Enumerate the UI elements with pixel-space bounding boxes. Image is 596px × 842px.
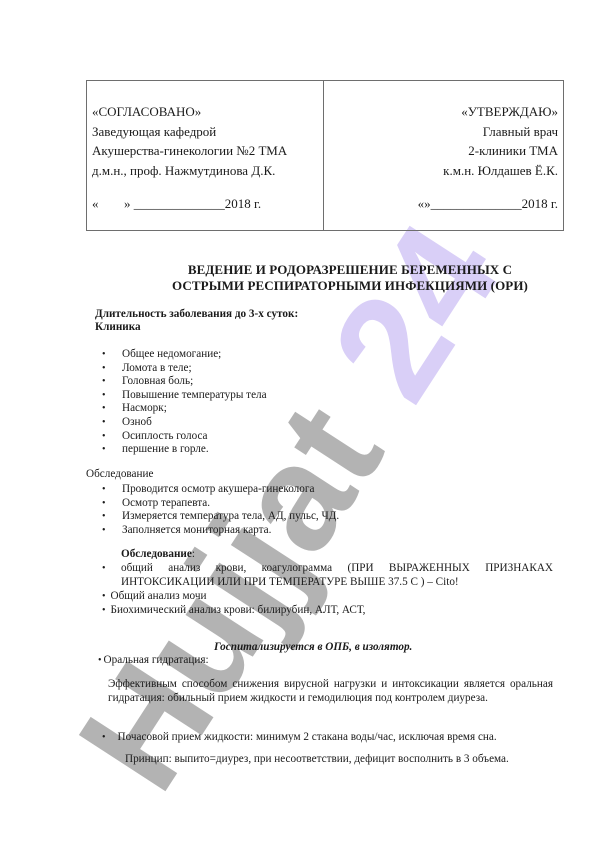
bullet-icon: • <box>102 416 106 430</box>
bullet-icon: • <box>102 430 106 444</box>
examination-list: •Проводится осмотр акушера-гинеколога•Ос… <box>102 483 339 537</box>
bullet-icon: • <box>102 389 106 403</box>
tests-heading: Обследование: <box>121 548 195 562</box>
approved-heading: «УТВЕРЖДАЮ» <box>324 102 558 122</box>
bullet-icon: • <box>102 591 106 602</box>
list-item: •Осмотр терапевта. <box>102 497 339 511</box>
list-item: •Измеряется температура тела, АД, пульс,… <box>102 510 339 524</box>
bullet-icon: • <box>102 348 106 362</box>
bullet-icon: • <box>102 524 106 538</box>
list-item: •Заполняется мониторная карта. <box>102 524 339 538</box>
list-item: •Насморк; <box>102 402 267 416</box>
oral-hydration-paragraph: Эффективным способом снижения вирусной н… <box>108 678 553 705</box>
list-item: •Головная боль; <box>102 375 267 389</box>
approval-table: «СОГЛАСОВАНО» Заведующая кафедрой Акушер… <box>86 80 564 231</box>
document-page: Hujjat 24 «СОГЛАСОВАНО» Заведующая кафед… <box>0 0 596 842</box>
approved-signatory: к.м.н. Юлдашев Ё.К. <box>324 161 558 181</box>
approved-cell: «УТВЕРЖДАЮ» Главный врач 2-клиники ТМА к… <box>324 81 563 230</box>
agreed-signatory: д.м.н., проф. Нажмутдинова Д.К. <box>92 161 323 181</box>
duration-heading: Длительность заболевания до 3-х суток: <box>95 308 298 322</box>
bullet-icon: • <box>102 375 106 389</box>
list-item: •Озноб <box>102 416 267 430</box>
approved-date-line: «»______________2018 г. <box>324 194 558 214</box>
hourly-intake-item: •Почасовой прием жидкости: минимум 2 ста… <box>102 731 497 745</box>
principle-note: Принцип: выпито=диурез, при несоответств… <box>125 753 509 767</box>
list-item: •першение в горле. <box>102 443 267 457</box>
approved-clinic: 2-клиники ТМА <box>324 141 558 161</box>
bullet-icon: • <box>102 483 106 497</box>
list-item: •Осиплость голоса <box>102 430 267 444</box>
bullet-icon: • <box>102 510 106 524</box>
approved-position: Главный врач <box>324 122 558 142</box>
bullet-icon: • <box>102 443 106 457</box>
agreed-heading: «СОГЛАСОВАНО» <box>92 102 323 122</box>
hospitalization-note: Госпитализируется в ОПБ, в изолятор. <box>214 641 412 655</box>
agreed-department: Акушерства-гинекологии №2 ТМА <box>92 141 323 161</box>
tests-item-biochem: •Биохимический анализ крови: билирубин, … <box>102 604 365 618</box>
oral-hydration-label: •Оральная гидратация: <box>98 654 209 668</box>
agreed-position: Заведующая кафедрой <box>92 122 323 142</box>
bullet-icon: • <box>102 732 106 743</box>
tests-item-blood: общий анализ крови, коагулограмма (ПРИ В… <box>121 562 553 589</box>
document-title: ВЕДЕНИЕ И РОДОРАЗРЕШЕНИЕ БЕРЕМЕННЫХ С ОС… <box>150 262 550 294</box>
bullet-icon: • <box>98 655 102 666</box>
list-item: •Повышение температуры тела <box>102 389 267 403</box>
clinic-heading: Клиника <box>95 321 141 335</box>
list-item: •Общее недомогание; <box>102 348 267 362</box>
bullet-icon: • <box>102 497 106 511</box>
bullet-icon: • <box>102 402 106 416</box>
agreed-date-line: «» ______________2018 г. <box>92 194 323 214</box>
bullet-icon: • <box>102 562 106 576</box>
agreed-cell: «СОГЛАСОВАНО» Заведующая кафедрой Акушер… <box>87 81 324 230</box>
list-item: •Ломота в теле; <box>102 362 267 376</box>
bullet-icon: • <box>102 362 106 376</box>
clinic-symptoms-list: •Общее недомогание;•Ломота в теле;•Голов… <box>102 348 267 457</box>
examination-heading: Обследование <box>86 468 153 482</box>
tests-item-urine: •Общий анализ мочи <box>102 590 206 604</box>
list-item: •Проводится осмотр акушера-гинеколога <box>102 483 339 497</box>
bullet-icon: • <box>102 605 106 616</box>
